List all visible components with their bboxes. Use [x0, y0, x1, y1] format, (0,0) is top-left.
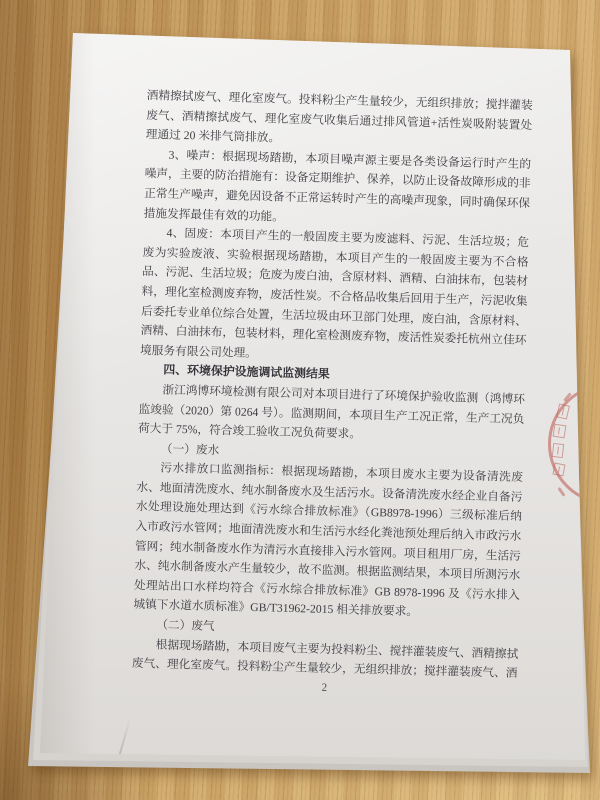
paper-stack: 酒精擦拭废气、理化室废气。投料粉尘产生量较少，无组织排放；搅拌灌装废气、酒精擦拭…: [0, 0, 600, 800]
red-seal-mark: [557, 487, 565, 497]
photo-of-document: 酒精擦拭废气、理化室废气。投料粉尘产生量较少，无组织排放；搅拌灌装废气、酒精擦拭…: [0, 0, 600, 800]
paragraph-monitoring: 浙江鸿博环境检测有限公司对本项目进行了环境保护验收监测（鸿博环监竣验（2020）…: [138, 380, 525, 449]
paragraph-solid-waste: 4、固废：本项目产生的一般固废主要为废滤料、污泥、生活垃圾；危废为实验废液、实验…: [140, 223, 529, 370]
red-seal-glyph: [552, 443, 564, 458]
page-text: 酒精擦拭废气、理化室废气。投料粉尘产生量较少，无组织排放；搅拌灌装废气、酒精擦拭…: [131, 86, 533, 703]
paragraph-continuation: 酒精擦拭废气、理化室废气。投料粉尘产生量较少，无组织排放；搅拌灌装废气、酒精擦拭…: [145, 86, 532, 155]
red-seal-glyph: [552, 463, 565, 477]
paragraph-noise: 3、噪声：根据现场踏勘，本项目噪声源主要是各类设备运行时产生的噪声，主要的防治措…: [143, 145, 531, 233]
red-seal-glyph: [553, 424, 567, 439]
paragraph-wastewater: 污水排放口监测指标：根据现场踏勘，本项目废水主要为设备清洗废水、地面清洗废水、纯…: [133, 458, 523, 625]
document-page: 酒精擦拭废气、理化室废气。投料粉尘产生量较少，无组织排放；搅拌灌装废气、酒精擦拭…: [0, 0, 600, 800]
